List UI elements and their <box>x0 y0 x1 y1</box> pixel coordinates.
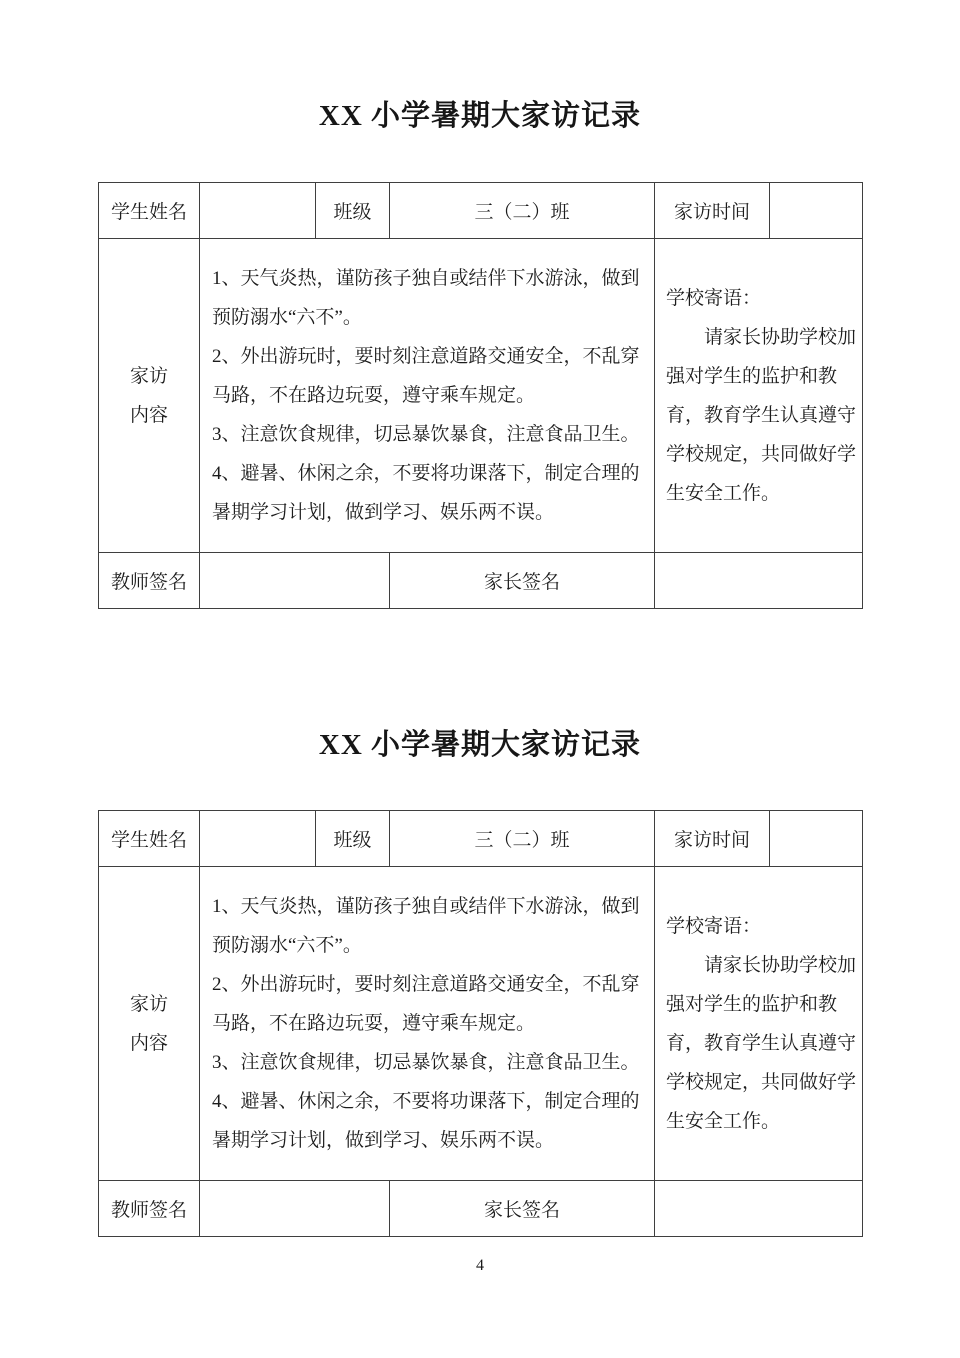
visit-content-label-cell: 家访 内容 <box>99 867 200 1181</box>
content-line: 预防溺水“六不”。 <box>212 298 655 337</box>
remark-line: 学校规定，共同做好学 <box>666 435 863 474</box>
row-label-line: 内容 <box>99 396 199 435</box>
student-name-input-cell[interactable] <box>200 183 316 239</box>
class-label-cell: 班级 <box>316 183 390 239</box>
page-number: 4 <box>0 1255 960 1277</box>
header-row: 学生姓名 班级 三（二）班 家访时间 <box>99 811 863 867</box>
content-line: 1、天气炎热，谨防孩子独自或结伴下水游泳，做到 <box>212 887 655 926</box>
content-line: 马路，不在路边玩耍，遵守乘车规定。 <box>212 1004 655 1043</box>
school-remarks-cell: 学校寄语： 请家长协助学校加 强对学生的监护和教 育，教育学生认真遵守 学校规定… <box>655 867 863 1181</box>
remark-line: 学校寄语： <box>666 279 863 318</box>
content-line: 2、外出游玩时，要时刻注意道路交通安全，不乱穿 <box>212 337 655 376</box>
signature-row: 教师签名 家长签名 <box>99 553 863 609</box>
remark-line: 育，教育学生认真遵守 <box>666 1024 863 1063</box>
content-line: 1、天气炎热，谨防孩子独自或结伴下水游泳，做到 <box>212 259 655 298</box>
content-line: 马路，不在路边玩耍，遵守乘车规定。 <box>212 376 655 415</box>
remark-line: 学校寄语： <box>666 907 863 946</box>
signature-row: 教师签名 家长签名 <box>99 1181 863 1237</box>
remark-line: 强对学生的监护和教 <box>666 985 863 1024</box>
visit-time-input-cell[interactable] <box>770 183 863 239</box>
doc-title: XX 小学暑期大家访记录 <box>0 98 960 134</box>
home-visit-record-table: 学生姓名 班级 三（二）班 家访时间 家访 内容 1、天气炎热，谨防孩子独自或结… <box>98 810 863 1237</box>
home-visit-record-table: 学生姓名 班级 三（二）班 家访时间 家访 内容 1、天气炎热，谨防孩子独自或结… <box>98 182 863 609</box>
content-line: 暑期学习计划，做到学习、娱乐两不误。 <box>212 1121 655 1160</box>
student-name-input-cell[interactable] <box>200 811 316 867</box>
class-value-cell: 三（二）班 <box>390 183 655 239</box>
visit-content-cell: 1、天气炎热，谨防孩子独自或结伴下水游泳，做到 预防溺水“六不”。 2、外出游玩… <box>200 867 655 1181</box>
content-line: 2、外出游玩时，要时刻注意道路交通安全，不乱穿 <box>212 965 655 1004</box>
student-name-label-cell: 学生姓名 <box>99 811 200 867</box>
teacher-sign-input-cell[interactable] <box>200 553 390 609</box>
content-line: 4、避暑、休闲之余，不要将功课落下，制定合理的 <box>212 1082 655 1121</box>
teacher-sign-input-cell[interactable] <box>200 1181 390 1237</box>
row-label-line: 家访 <box>99 357 199 396</box>
remark-line: 生安全工作。 <box>666 1102 863 1141</box>
remark-line: 育，教育学生认真遵守 <box>666 396 863 435</box>
teacher-sign-label-cell: 教师签名 <box>99 553 200 609</box>
visit-time-label-cell: 家访时间 <box>655 811 770 867</box>
content-line: 4、避暑、休闲之余，不要将功课落下，制定合理的 <box>212 454 655 493</box>
teacher-sign-label-cell: 教师签名 <box>99 1181 200 1237</box>
class-value-cell: 三（二）班 <box>390 811 655 867</box>
remark-line: 生安全工作。 <box>666 474 863 513</box>
parent-sign-label-cell: 家长签名 <box>390 553 655 609</box>
visit-content-cell: 1、天气炎热，谨防孩子独自或结伴下水游泳，做到 预防溺水“六不”。 2、外出游玩… <box>200 239 655 553</box>
content-line: 预防溺水“六不”。 <box>212 926 655 965</box>
content-line: 3、注意饮食规律，切忌暴饮暴食，注意食品卫生。 <box>212 1043 655 1082</box>
parent-sign-input-cell[interactable] <box>655 1181 863 1237</box>
student-name-label-cell: 学生姓名 <box>99 183 200 239</box>
header-row: 学生姓名 班级 三（二）班 家访时间 <box>99 183 863 239</box>
parent-sign-label-cell: 家长签名 <box>390 1181 655 1237</box>
content-line: 3、注意饮食规律，切忌暴饮暴食，注意食品卫生。 <box>212 415 655 454</box>
row-label-line: 家访 <box>99 985 199 1024</box>
doc-title: XX 小学暑期大家访记录 <box>0 727 960 763</box>
remark-line: 请家长协助学校加 <box>666 318 863 357</box>
parent-sign-input-cell[interactable] <box>655 553 863 609</box>
school-remarks-cell: 学校寄语： 请家长协助学校加 强对学生的监护和教 育，教育学生认真遵守 学校规定… <box>655 239 863 553</box>
remark-line: 学校规定，共同做好学 <box>666 1063 863 1102</box>
content-row: 家访 内容 1、天气炎热，谨防孩子独自或结伴下水游泳，做到 预防溺水“六不”。 … <box>99 867 863 1181</box>
remark-line: 请家长协助学校加 <box>666 946 863 985</box>
remark-line: 强对学生的监护和教 <box>666 357 863 396</box>
row-label-line: 内容 <box>99 1024 199 1063</box>
content-line: 暑期学习计划，做到学习、娱乐两不误。 <box>212 493 655 532</box>
document-page: XX 小学暑期大家访记录 学生姓名 班级 三（二）班 家访时间 家访 内容 1、… <box>0 0 960 1358</box>
class-label-cell: 班级 <box>316 811 390 867</box>
visit-time-input-cell[interactable] <box>770 811 863 867</box>
visit-time-label-cell: 家访时间 <box>655 183 770 239</box>
visit-content-label-cell: 家访 内容 <box>99 239 200 553</box>
content-row: 家访 内容 1、天气炎热，谨防孩子独自或结伴下水游泳，做到 预防溺水“六不”。 … <box>99 239 863 553</box>
